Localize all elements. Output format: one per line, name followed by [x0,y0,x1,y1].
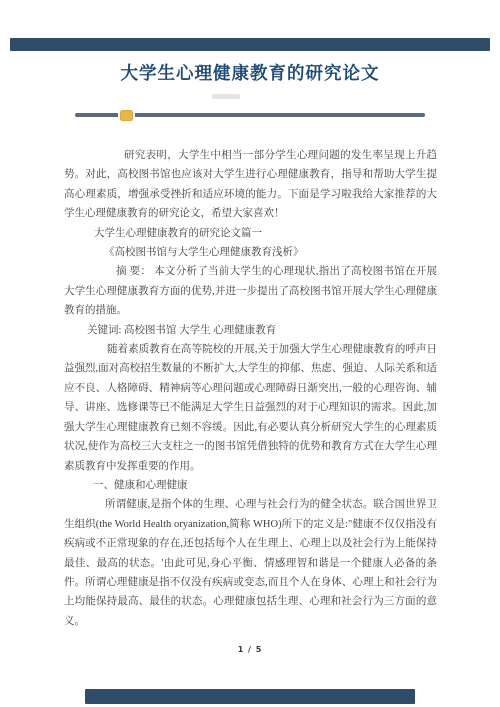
document-title: 大学生心理健康教育的研究论文 [0,60,500,85]
paragraph-section-one-heading: 一、健康和心理健康 [64,476,437,495]
top-accent-bar [10,38,490,51]
paragraph-part-heading: 大学生心理健康教育的研究论文篇一 [64,224,437,243]
paragraph-health-definition: 所谓健康,是指个体的生理、心理与社会行为的健全状态。联合国世界卫生组织(the … [64,495,437,631]
paragraph-keywords: 关键词: 高校图书馆 大学生 心理健康教育 [64,321,437,340]
paragraph-abstract: 摘 要： 本文分析了当前大学生的心理现状,指出了高校图书馆在开展大学生心理健康教… [64,262,437,320]
paragraph-essay-title: 《高校图书馆与大学生心理健康教育浅析》 [64,243,437,262]
title-underline-smudge [212,94,240,99]
paragraph-background: 随着素质教育在高等院校的开展,关于加强大学生心理健康教育的呼声日益强烈,面对高校… [64,340,437,476]
divider-marker [120,110,133,121]
paragraph-intro: 研究表明，大学生中相当一部分学生心理问题的发生率呈现上升趋势。对此，高校图书馆也… [64,146,437,224]
page-number: 1 / 5 [0,645,500,654]
document-page: 大学生心理健康教育的研究论文 研究表明，大学生中相当一部分学生心理问题的发生率呈… [0,0,500,707]
document-body: 研究表明，大学生中相当一部分学生心理问题的发生率呈现上升趋势。对此，高校图书馆也… [64,146,437,631]
bottom-accent-bar [85,689,415,704]
section-divider [75,113,425,117]
